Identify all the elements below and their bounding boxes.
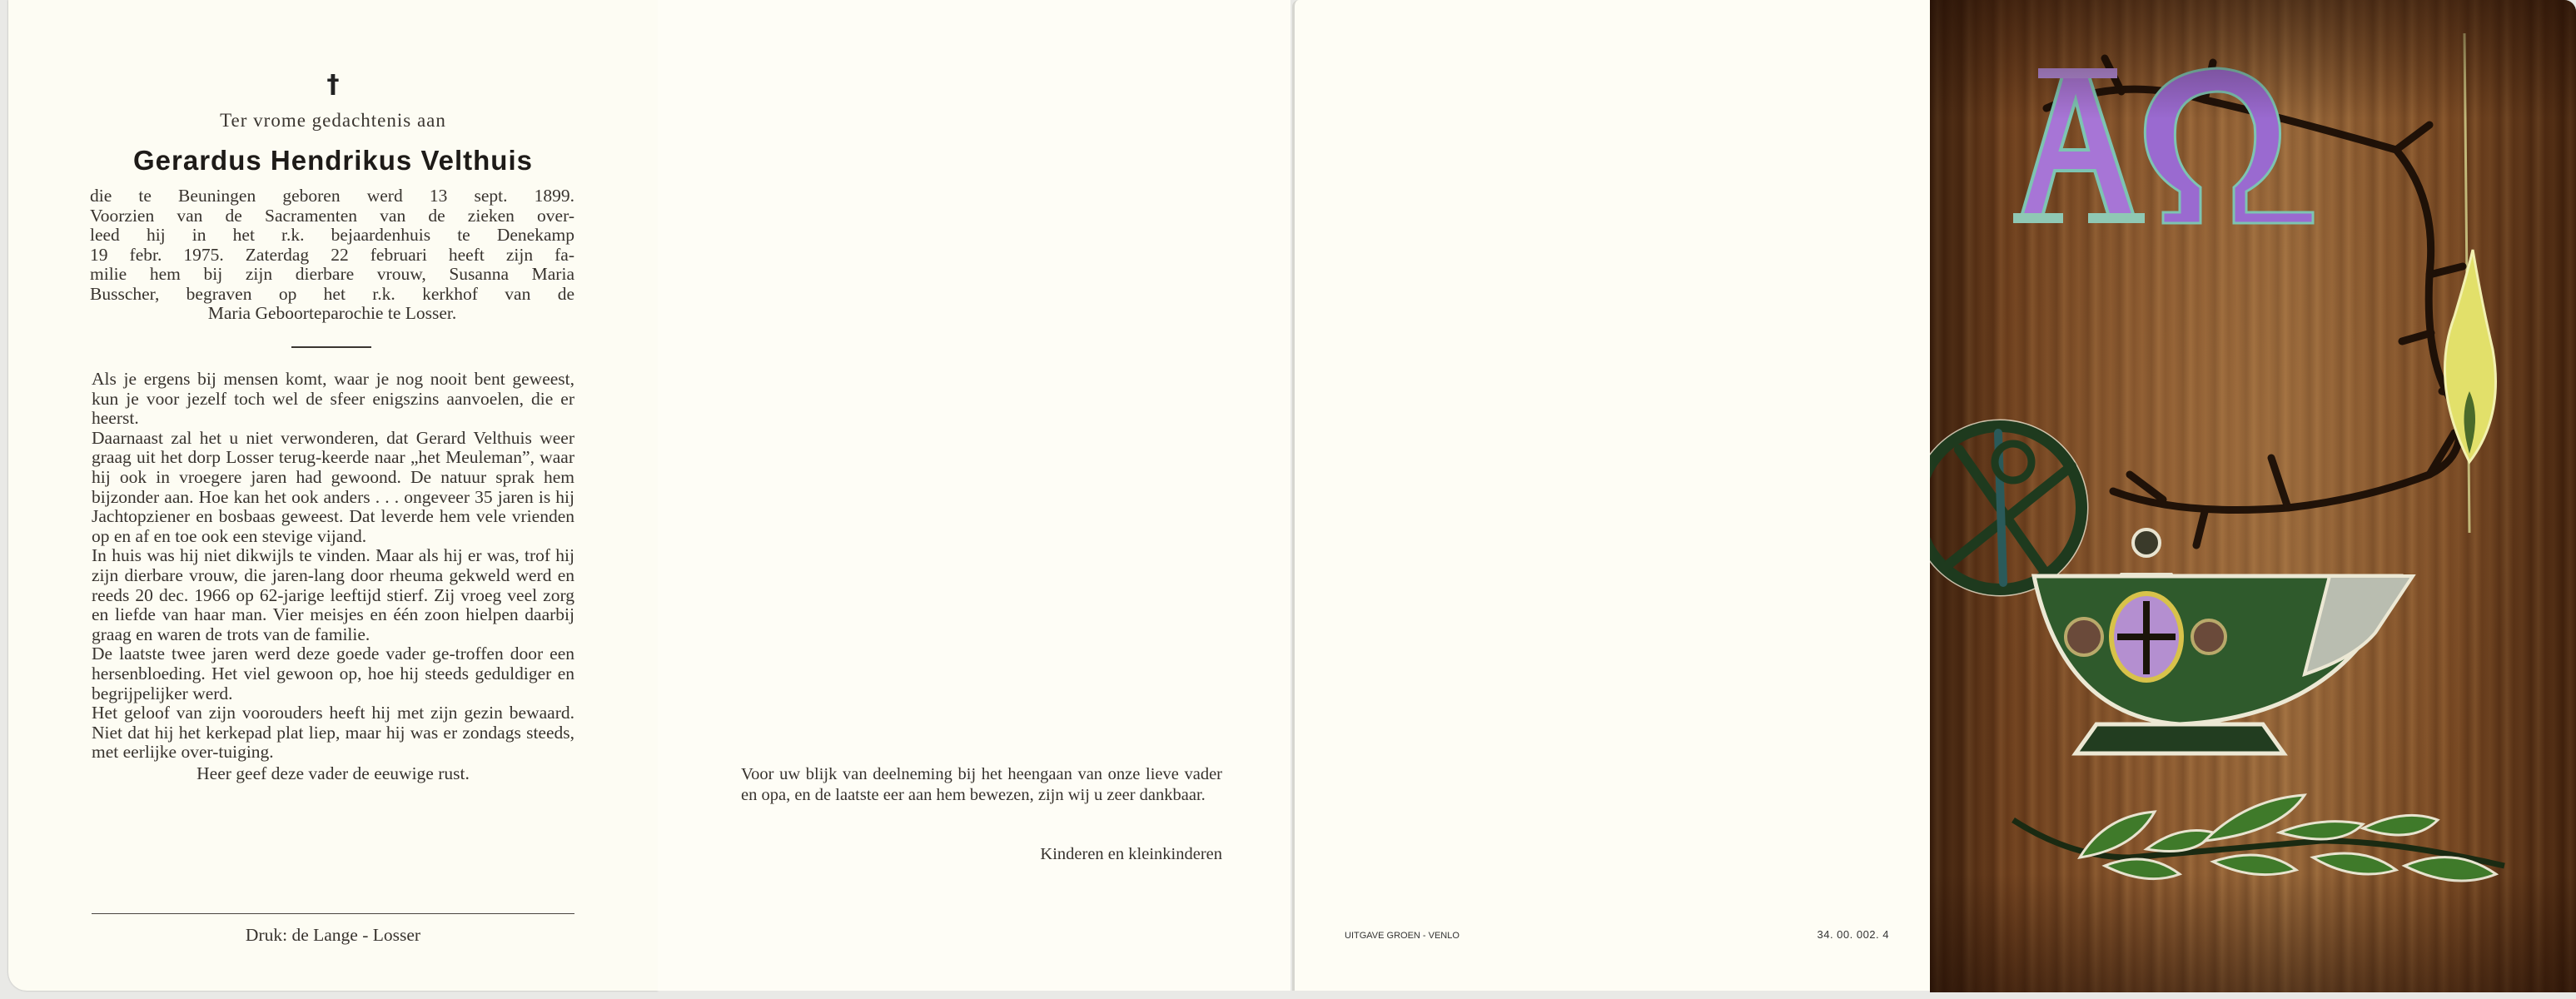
intro-line: Ter vrome gedachtenis aan xyxy=(8,110,658,132)
olive-branch-icon xyxy=(2013,795,2504,881)
religious-artwork xyxy=(1930,0,2576,992)
signoff: Kinderen en kleinkinderen xyxy=(1040,845,1222,864)
thank-you-text: Voor uw blijk van deelneming bij het hee… xyxy=(741,764,1222,805)
story-paragraph: In huis was hij niet dikwijls te vinden.… xyxy=(92,546,574,644)
life-story: Als je ergens bij mensen komt, waar je n… xyxy=(92,370,574,783)
divider-short xyxy=(291,346,371,348)
biography-line: leed hij in het r.k. bejaardenhuis te De… xyxy=(90,226,574,246)
story-paragraph: Daarnaast zal het u niet verwonderen, da… xyxy=(92,429,574,547)
thank-you-panel: Voor uw blijk van deelneming bij het hee… xyxy=(658,0,1290,991)
deceased-name: Gerardus Hendrikus Velthuis xyxy=(8,145,658,176)
front-artwork-panel xyxy=(1930,0,2576,992)
printer-credit: Druk: de Lange - Losser xyxy=(8,925,658,946)
memorial-text-panel: † Ter vrome gedachtenis aan Gerardus Hen… xyxy=(8,0,658,991)
back-panel: UITGAVE GROEN - VENLO 34. 00. 002. 4 xyxy=(1292,0,1936,991)
product-code: 34. 00. 002. 4 xyxy=(1817,928,1889,941)
publisher-label: UITGAVE GROEN - VENLO xyxy=(1345,931,1460,941)
cross-icon: † xyxy=(8,70,658,99)
oil-lamp-icon xyxy=(2034,529,2413,753)
biography: die te Beuningen geboren werd 13 sept. 1… xyxy=(90,186,574,324)
closing-prayer: Heer geef deze vader de eeuwige rust. xyxy=(92,764,574,784)
biography-line: die te Beuningen geboren werd 13 sept. 1… xyxy=(90,186,574,206)
story-paragraph: Het geloof van zijn voorouders heeft hij… xyxy=(92,703,574,763)
story-paragraph: De laatste twee jaren werd deze goede va… xyxy=(92,644,574,703)
omega-icon xyxy=(2145,68,2313,223)
biography-line: Busscher, begraven op het r.k. kerkhof v… xyxy=(90,285,574,305)
story-paragraph: Als je ergens bij mensen komt, waar je n… xyxy=(92,370,574,429)
chi-rho-icon xyxy=(1930,421,2086,594)
biography-line: 19 febr. 1975. Zaterdag 22 februari heef… xyxy=(90,246,574,266)
biography-line: Maria Geboorteparochie te Losser. xyxy=(90,304,574,324)
biography-line: milie hem bij zijn dierbare vrouw, Susan… xyxy=(90,265,574,285)
biography-line: Voorzien van de Sacramenten van de zieke… xyxy=(90,206,574,226)
divider-long xyxy=(92,913,574,914)
